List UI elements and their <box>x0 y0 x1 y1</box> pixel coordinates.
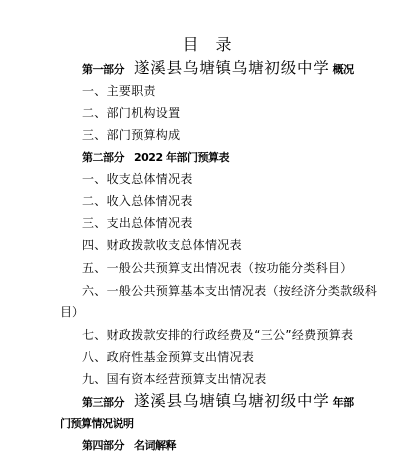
toc-part1-heading[interactable]: 第一部分遂溪县乌塘镇乌塘初级中学概况 <box>82 60 354 78</box>
toc-item[interactable]: 七、财政拨款安排的行政经费及“三公”经费预算表 <box>82 327 353 343</box>
part1-label: 第一部分 <box>82 63 124 76</box>
toc-item[interactable]: 四、财政拨款收支总体情况表 <box>82 237 242 253</box>
toc-item[interactable]: 六、一般公共预算基本支出情况表（按经济分类款级科 <box>82 283 377 299</box>
toc-item[interactable]: 八、政府性基金预算支出情况表 <box>82 349 254 365</box>
part2-title: 2022 年部门预算表 <box>134 151 229 164</box>
toc-item[interactable]: 一、收支总体情况表 <box>82 171 193 187</box>
toc-part3-continuation[interactable]: 门预算情况说明 <box>60 416 134 432</box>
part3-label: 第三部分 <box>82 396 124 409</box>
toc-part2-heading[interactable]: 第二部分2022 年部门预算表 <box>82 149 229 166</box>
toc-item[interactable]: 二、收入总体情况表 <box>82 193 193 209</box>
toc-item-continuation[interactable]: 目） <box>60 304 84 320</box>
toc-item[interactable]: 三、部门预算构成 <box>82 127 180 143</box>
part3-suffix: 年部 <box>333 396 354 409</box>
toc-item[interactable]: 二、部门机构设置 <box>82 105 180 121</box>
toc-title: 目 录 <box>0 35 412 55</box>
toc-part4-heading[interactable]: 第四部分名词解释 <box>82 437 176 454</box>
part4-label: 第四部分 <box>82 439 124 452</box>
part4-title: 名词解释 <box>134 439 176 452</box>
part1-org-name: 遂溪县乌塘镇乌塘初级中学 <box>134 59 330 77</box>
toc-item[interactable]: 一、主要职责 <box>82 83 156 99</box>
toc-part3-heading[interactable]: 第三部分遂溪县乌塘镇乌塘初级中学年部 <box>82 393 354 411</box>
part1-suffix: 概况 <box>333 63 354 76</box>
toc-item[interactable]: 五、一般公共预算支出情况表（按功能分类科目） <box>82 260 353 276</box>
part3-org-name: 遂溪县乌塘镇乌塘初级中学 <box>134 392 330 410</box>
part2-label: 第二部分 <box>82 151 124 164</box>
toc-item[interactable]: 九、国有资本经营预算支出情况表 <box>82 371 267 387</box>
toc-item[interactable]: 三、支出总体情况表 <box>82 215 193 231</box>
toc-page: 目 录 第一部分遂溪县乌塘镇乌塘初级中学概况 一、主要职责 二、部门机构设置 三… <box>0 0 412 457</box>
